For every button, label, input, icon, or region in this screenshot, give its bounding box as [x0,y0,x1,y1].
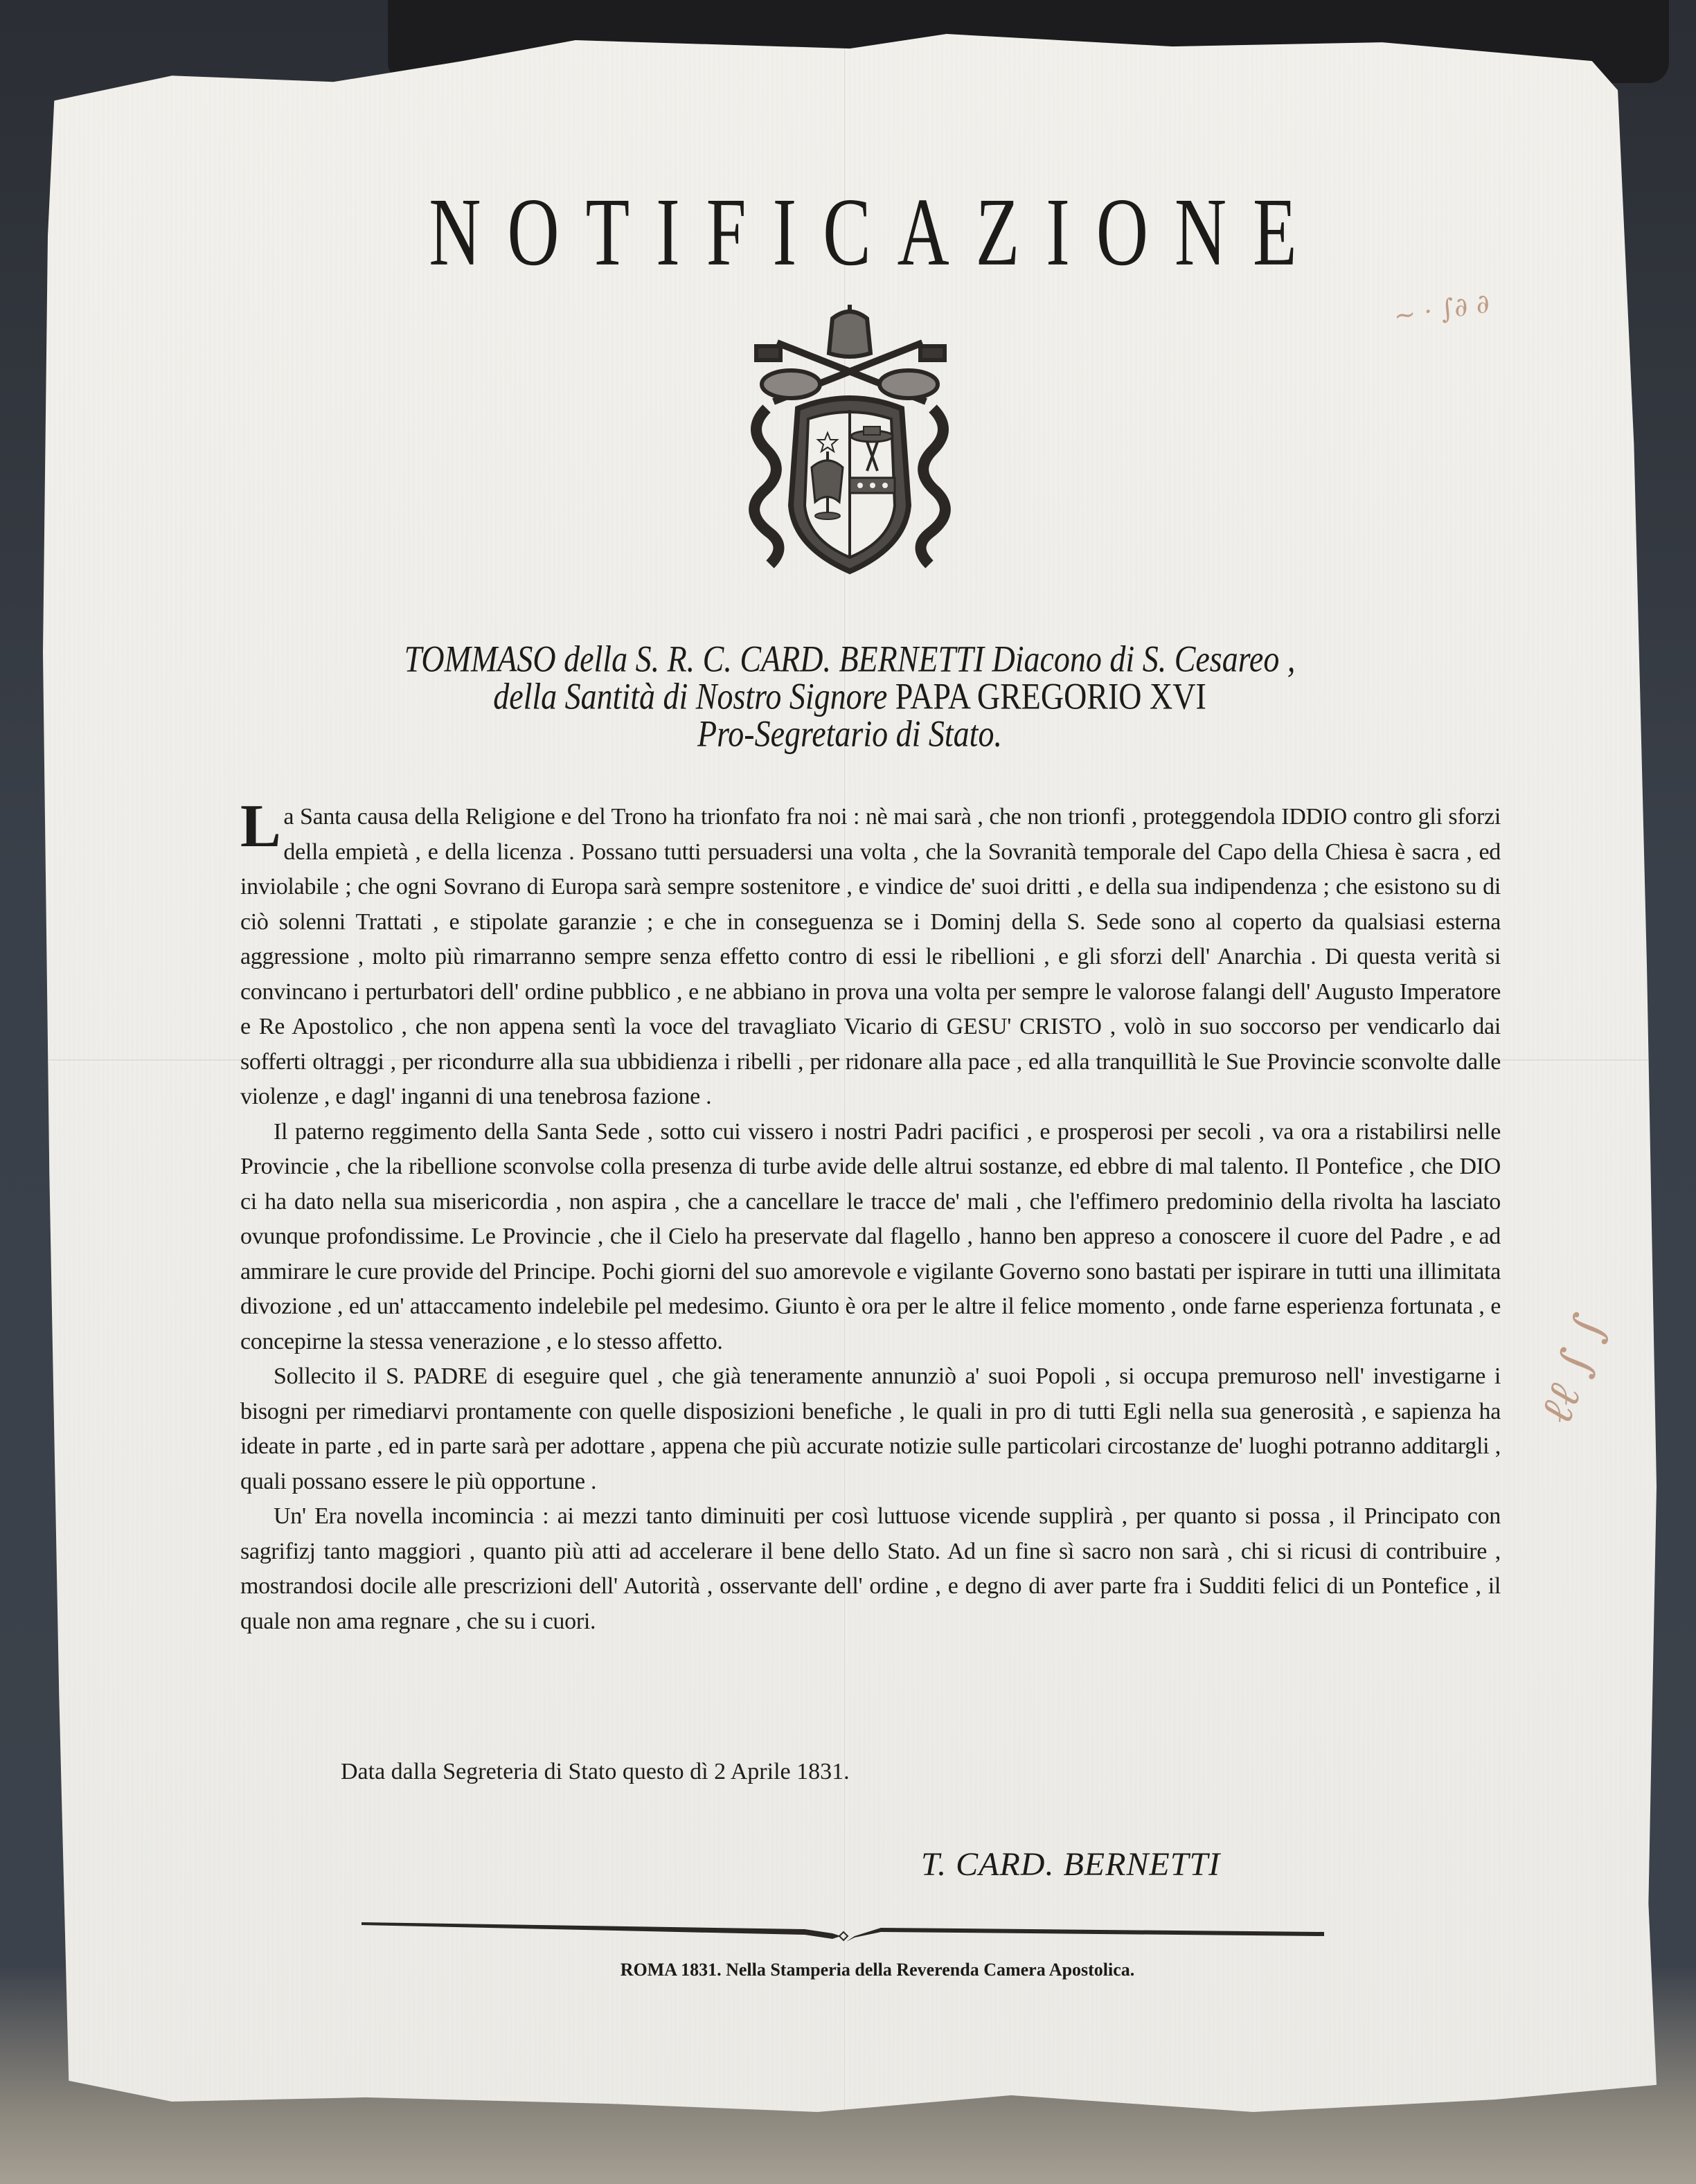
paragraph-2: Il paterno reggimento della Santa Sede ,… [240,1115,1501,1360]
issuer-header: TOMMASO della S. R. C. CARD. BERNETTI Di… [43,641,1657,753]
signature: T. CARD. BERNETTI [921,1845,1220,1883]
issuer-first-name: TOMMASO [404,638,556,679]
paragraph-4: Un' Era novella incomincia : ai mezzi ta… [240,1499,1501,1639]
paragraph-3: Sollecito il S. PADRE di eseguire quel ,… [240,1359,1501,1499]
paragraph-1: La Santa causa della Religione e del Tro… [240,800,1501,1115]
drop-cap: L [240,803,280,851]
paragraph-1-text: a Santa causa della Religione e del Tron… [240,804,1501,1109]
issuer-surname: BERNETTI [839,638,984,679]
papal-coat-of-arms-icon [739,305,961,582]
handwritten-mark-right-margin: ℓℓ ∫ ∫ [1530,1308,1616,1430]
issuer-title-part: della S. R. C. CARD. [556,638,839,679]
notice-body: La Santa causa della Religione e del Tro… [240,800,1501,1639]
date-line: Data dalla Segreteria di Stato questo dì… [341,1759,850,1785]
document-title: NOTIFICAZIONE [43,177,1683,288]
issuer-diaconate: Diacono di S. Cesareo , [984,638,1295,679]
issuer-line-3: Pro-Segretario di Stato. [43,712,1657,756]
pope-name: PAPA GREGORIO XVI [895,675,1206,717]
document-sheet: NOTIFICAZIONE [43,28,1657,2112]
printer-imprint: ROMA 1831. Nella Stamperia della Reveren… [43,1960,1684,1980]
issuer-affiliation: della Santità di Nostro Signore [493,675,895,717]
handwritten-mark-top-right: ~ · ∫∂ ∂ [1392,288,1492,332]
ornamental-rule-divider [361,1918,1324,1946]
